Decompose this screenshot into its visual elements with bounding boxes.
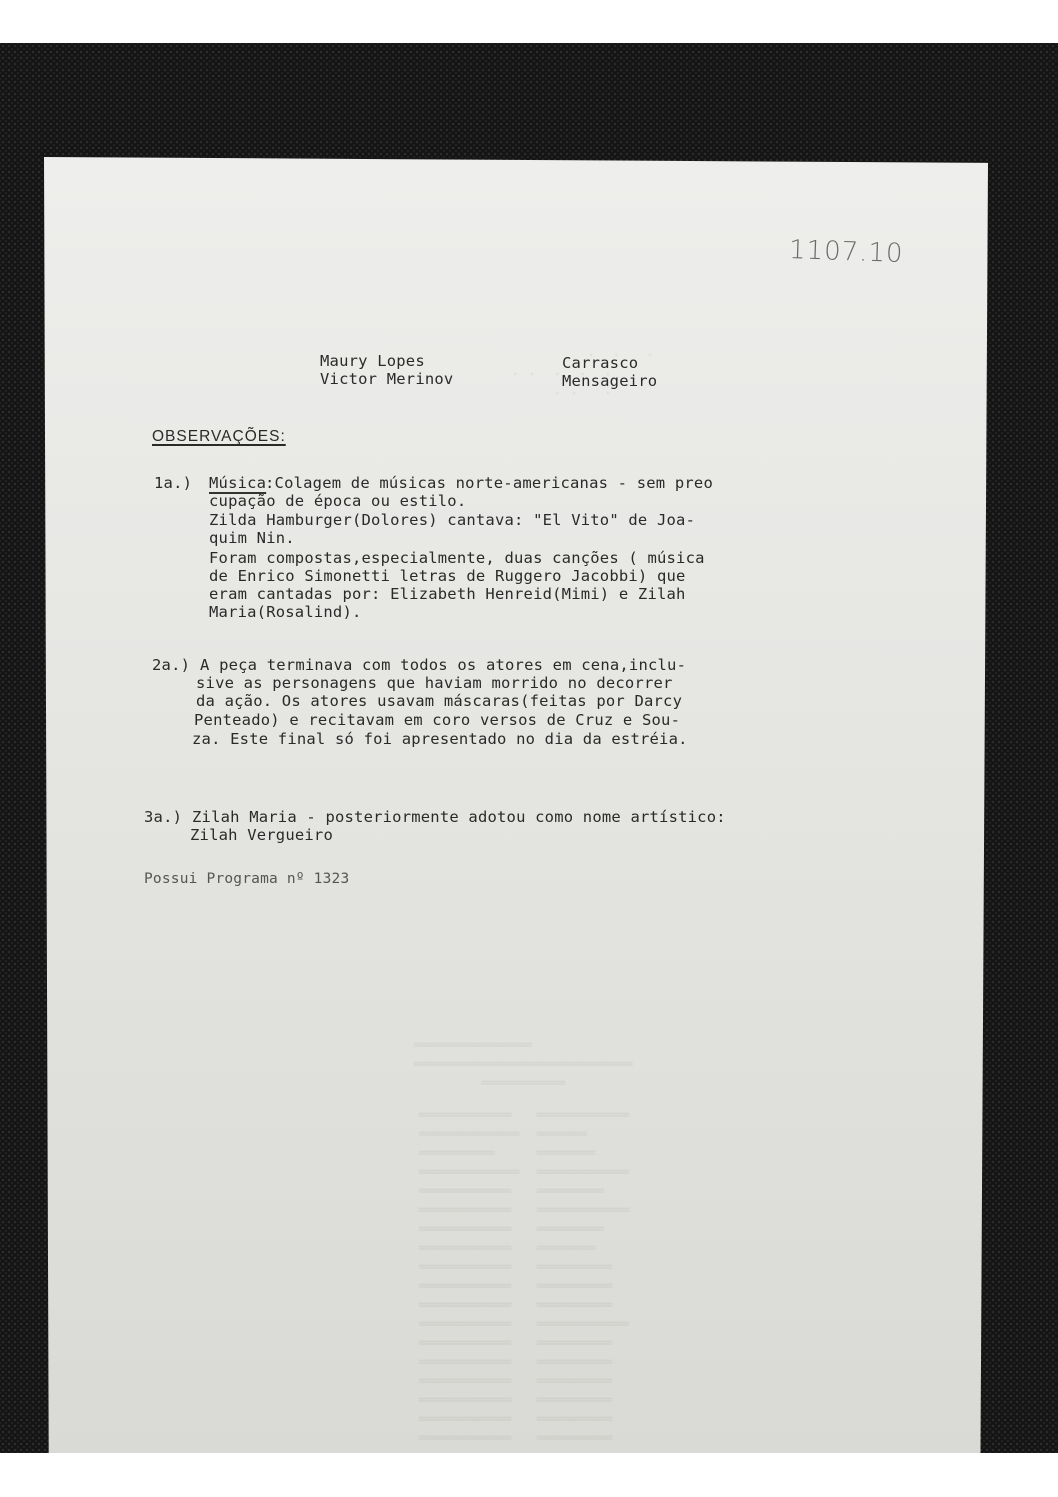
note-line: Zilah Maria - posteriormente adotou como… <box>192 809 726 827</box>
note-line: Penteado) e recitavam em coro versos de … <box>194 712 680 730</box>
cast-actor: Maury Lopes <box>320 353 425 371</box>
photo-background: · · · · · · · · · · · ══════════════ ═══… <box>0 43 1058 1453</box>
cast-role: Carrasco <box>562 355 638 373</box>
cast-actor: Victor Merinov <box>320 371 453 389</box>
note-line: Foram compostas,especialmente, duas canç… <box>209 550 705 568</box>
note-line: Zilda Hamburger(Dolores) cantava: "El Vi… <box>209 512 695 530</box>
archive-number: 1107.10 <box>789 235 905 269</box>
note-line: da ação. Os atores usavam máscaras(feita… <box>196 693 682 711</box>
show-through-text: ═══════════ ═══════════ ════════════ ═══… <box>419 1107 629 1449</box>
note-line: eram cantadas por: Elizabeth Henreid(Mim… <box>209 586 686 604</box>
note-topic: Música <box>209 475 266 493</box>
note-line: de Enrico Simonetti letras de Ruggero Ja… <box>209 568 686 586</box>
observations-heading: OBSERVAÇÕES: <box>152 428 286 446</box>
note-line: cupação de época ou estilo. <box>209 493 466 511</box>
program-note: Possui Programa nº 1323 <box>144 871 349 889</box>
show-through-text: ══════════════ ═════════════════════════… <box>414 1037 632 1094</box>
note-line: za. Este final só foi apresentado no dia… <box>192 731 688 749</box>
note-line: A peça terminava com todos os atores em … <box>200 657 686 675</box>
note-line: Maria(Rosalind). <box>209 604 362 622</box>
cast-role: Mensageiro <box>562 373 657 391</box>
note-line: Zilah Vergueiro <box>190 827 333 845</box>
note-line: sive as personagens que haviam morrido n… <box>196 675 673 693</box>
note-line: :Colagem de músicas norte-americanas - s… <box>265 475 713 493</box>
note-line: quim Nin. <box>209 530 295 548</box>
note-number: 1a.) <box>154 475 192 493</box>
note-number: 2a.) <box>152 657 190 675</box>
note-number: 3a.) <box>144 809 182 827</box>
document-page: · · · · · · · · · · · ══════════════ ═══… <box>44 157 988 1453</box>
